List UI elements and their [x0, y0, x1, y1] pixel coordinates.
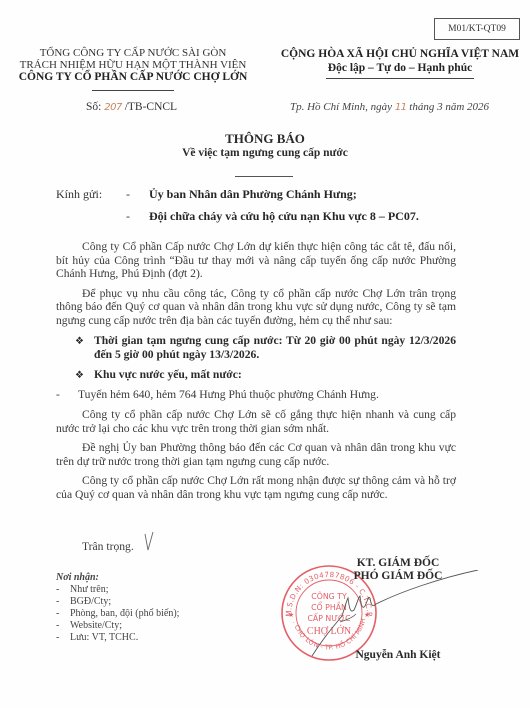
date-prefix: Tp. Hồ Chí Minh, ngày: [290, 101, 392, 113]
receiver-item: -Phòng, ban, đội (phổ biến);: [56, 608, 179, 620]
header-left-divider: [92, 90, 174, 91]
receiver-item: -Website/Cty;: [56, 620, 179, 632]
document-number: Số: 207 /TB-CNCL: [86, 101, 177, 113]
date-day-handwritten: 11: [395, 102, 407, 113]
recipient-item: Đội chữa cháy và cứu hộ cứu nạn Khu vực …: [149, 208, 419, 225]
document-page: M01/KT-QT09 TỔNG CÔNG TY CẤP NƯỚC SÀI GÒ…: [0, 0, 530, 708]
body-paragraph: Công ty cổ phần cấp nước Chợ Lớn rất mon…: [56, 474, 456, 501]
diamond-bullet-icon: ❖: [75, 335, 94, 349]
affected-area-heading-text: Khu vực nước yếu, mất nước:: [94, 368, 242, 381]
receiver-item: -Như trên;: [56, 584, 179, 596]
receiver-text: Website/Cty;: [70, 620, 122, 631]
national-title: CỘNG HÒA XÃ HỘI CHỦ NGHĨA VIỆT NAM: [270, 48, 530, 61]
issuer-header: TỔNG CÔNG TY CẤP NƯỚC SÀI GÒN TRÁCH NHIỆ…: [8, 47, 258, 91]
document-title: THÔNG BÁO: [0, 131, 530, 147]
initial-mark-icon: [142, 530, 156, 554]
dash-marker: -: [56, 388, 78, 402]
dash-marker: -: [56, 632, 59, 644]
svg-text:★: ★: [288, 611, 294, 619]
document-subtitle: Về việc tạm ngưng cung cấp nước: [0, 147, 530, 159]
parent-org-line: TỔNG CÔNG TY CẤP NƯỚC SÀI GÒN: [8, 47, 258, 59]
date-line: Tp. Hồ Chí Minh, ngày 11 tháng 3 năm 202…: [290, 101, 489, 113]
company-name: CÔNG TY CỔ PHẦN CẤP NƯỚC CHỢ LỚN: [8, 71, 258, 83]
receiver-text: Như trên;: [70, 584, 108, 595]
receiver-text: BGĐ/Cty;: [70, 596, 111, 607]
body-paragraph: Để phục vụ nhu cầu công tác, Công ty cổ …: [56, 287, 456, 328]
doc-number-handwritten: 207: [104, 102, 122, 113]
affected-area-heading: ❖Khu vực nước yếu, mất nước:: [56, 368, 456, 383]
dash-marker: -: [126, 186, 130, 203]
dash-marker: -: [56, 584, 59, 596]
dash-marker: -: [56, 596, 59, 608]
receivers-block: Nơi nhận: -Như trên; -BGĐ/Cty; -Phòng, b…: [56, 572, 179, 644]
receiver-item: -Lưu: VT, TCHC.: [56, 632, 179, 644]
diamond-bullet-icon: ❖: [75, 369, 94, 383]
signatory-name: Nguyễn Anh Kiệt: [318, 649, 478, 661]
affected-area-item: -Tuyến hẻm 640, hẻm 764 Hưng Phú thuộc p…: [56, 388, 456, 402]
dash-marker: -: [126, 208, 130, 225]
receiver-text: Phòng, ban, đội (phổ biến);: [70, 608, 179, 619]
body-paragraph: Công ty Cổ phần Cấp nước Chợ Lớn dự kiến…: [56, 240, 456, 281]
closing-phrase: Trân trọng.: [82, 540, 134, 553]
dash-marker: -: [56, 620, 59, 632]
date-suffix: tháng 3 năm 2026: [409, 101, 489, 113]
body-paragraph: Công ty cổ phần cấp nước Chợ Lớn sẽ cố g…: [56, 408, 456, 435]
handwritten-signature-icon: [310, 570, 480, 660]
dash-marker: -: [56, 608, 59, 620]
body-paragraph: Đề nghị Ủy ban Phường thông báo đến các …: [56, 441, 456, 468]
header-right-divider: [326, 78, 474, 79]
receivers-heading: Nơi nhận:: [56, 572, 179, 584]
doc-number-label: Số:: [86, 101, 101, 113]
receiver-text: Lưu: VT, TCHC.: [70, 632, 138, 643]
recipient-item: Ủy ban Nhân dân Phường Chánh Hưng;: [149, 186, 357, 203]
recipients-label: Kính gửi:: [56, 186, 126, 203]
national-motto: Độc lập – Tự do – Hạnh phúc: [270, 61, 530, 75]
national-header: CỘNG HÒA XÃ HỘI CHỦ NGHĨA VIỆT NAM Độc l…: [270, 48, 530, 79]
receiver-item: -BGĐ/Cty;: [56, 596, 179, 608]
doc-number-suffix: /TB-CNCL: [125, 101, 177, 113]
suspension-time-text: Thời gian tạm ngưng cung cấp nước: Từ 20…: [94, 334, 456, 362]
title-divider: [235, 176, 293, 177]
document-body: Công ty Cổ phần Cấp nước Chợ Lớn dự kiến…: [56, 240, 456, 508]
org-type-line: TRÁCH NHIỆM HỮU HẠN MỘT THÀNH VIÊN: [8, 59, 258, 71]
affected-area-text: Tuyến hẻm 640, hẻm 764 Hưng Phú thuộc ph…: [78, 388, 379, 401]
suspension-time-item: ❖Thời gian tạm ngưng cung cấp nước: Từ 2…: [56, 334, 456, 362]
form-code-box: M01/KT-QT09: [434, 18, 520, 40]
signatory-title-line1: KT. GIÁM ĐỐC: [318, 557, 478, 570]
